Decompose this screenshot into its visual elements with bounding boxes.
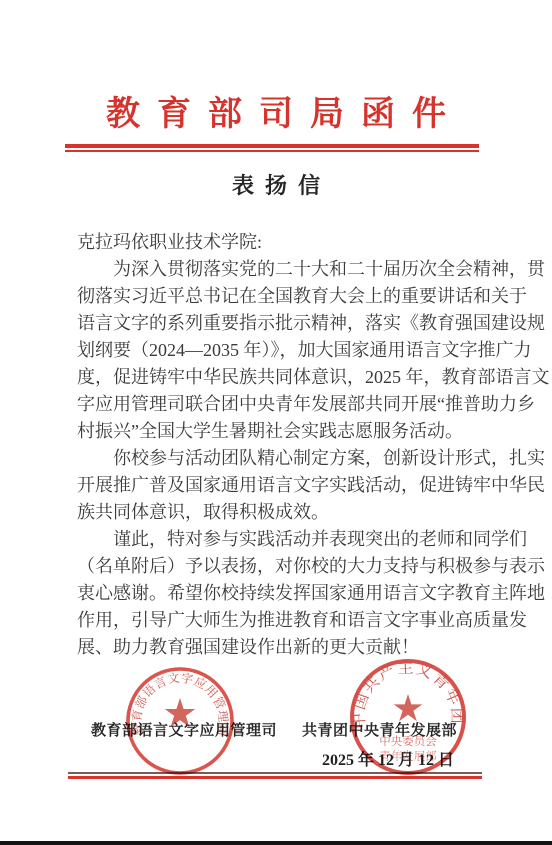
letterhead-rule-thick — [65, 144, 479, 148]
body-line: 村振兴”全国大学生暑期社会实践志愿服务活动。 — [77, 418, 483, 445]
star-icon — [165, 698, 195, 727]
body-line: 字应用管理司联合团中央青年发展部共同开展“推普助力乡 — [77, 391, 483, 418]
document-title: 表扬信 — [0, 169, 552, 200]
body-line: 衷心感谢。希望你校持续发挥国家通用语言文字教育主阵地 — [77, 580, 483, 607]
seal-inner-line1: 中央委员会 — [379, 734, 437, 748]
screenshot-bottom-edge — [0, 841, 552, 845]
letterhead-rule — [65, 144, 479, 152]
body-line: 你校参与活动团队精心制定方案，创新设计形式，扎实 — [77, 445, 483, 472]
body-line: 谨此，特对参与实践活动并表现突出的老师和同学们 — [77, 526, 483, 553]
body-line: 族共同体意识，取得积极成效。 — [77, 499, 483, 526]
seal-inner-line2: 青年发展部 — [379, 749, 437, 763]
letter-body: 克拉玛依职业技术学院: 为深入贯彻落实党的二十大和二十届历次全会精神，贯 彻落实… — [77, 229, 483, 661]
body-line: 语言文字的系列重要指示批示精神，落实《教育强国建设规 — [77, 310, 483, 337]
letter-page: 教育部司局函件 表扬信 克拉玛依职业技术学院: 为深入贯彻落实党的二十大和二十届… — [0, 0, 552, 845]
letterhead-rule-thin — [65, 150, 479, 152]
body-line: 划纲要（2024—2035 年）》，加大国家通用语言文字推广力 — [77, 337, 483, 364]
seal-moe-language-dept-stamp: 教育部语言文字应用管理司 — [124, 665, 236, 777]
body-line: 作用，引导广大师生为推进教育和语言文字事业高质量发 — [77, 607, 483, 634]
star-icon — [394, 694, 423, 721]
seal-arc-text: 中国共产主义青年团 — [350, 659, 467, 730]
seal-communist-youth-league-stamp: 中国共产主义青年团 中央委员会 青年发展部 — [348, 657, 468, 777]
salutation: 克拉玛依职业技术学院: — [77, 229, 483, 256]
body-line: 彻落实习近平总书记在全国教育大会上的重要讲话和关于 — [77, 283, 483, 310]
body-line: 度，促进铸牢中华民族共同体意识，2025 年，教育部语言文 — [77, 364, 483, 391]
body-line: 为深入贯彻落实党的二十大和二十届历次全会精神，贯 — [77, 256, 483, 283]
letterhead-title: 教育部司局函件 — [0, 86, 552, 135]
body-line: （名单附后）予以表扬，对你校的大力支持与积极参与表示 — [77, 553, 483, 580]
body-line: 开展推广普及国家通用语言文字实践活动，促进铸牢中华民 — [77, 472, 483, 499]
